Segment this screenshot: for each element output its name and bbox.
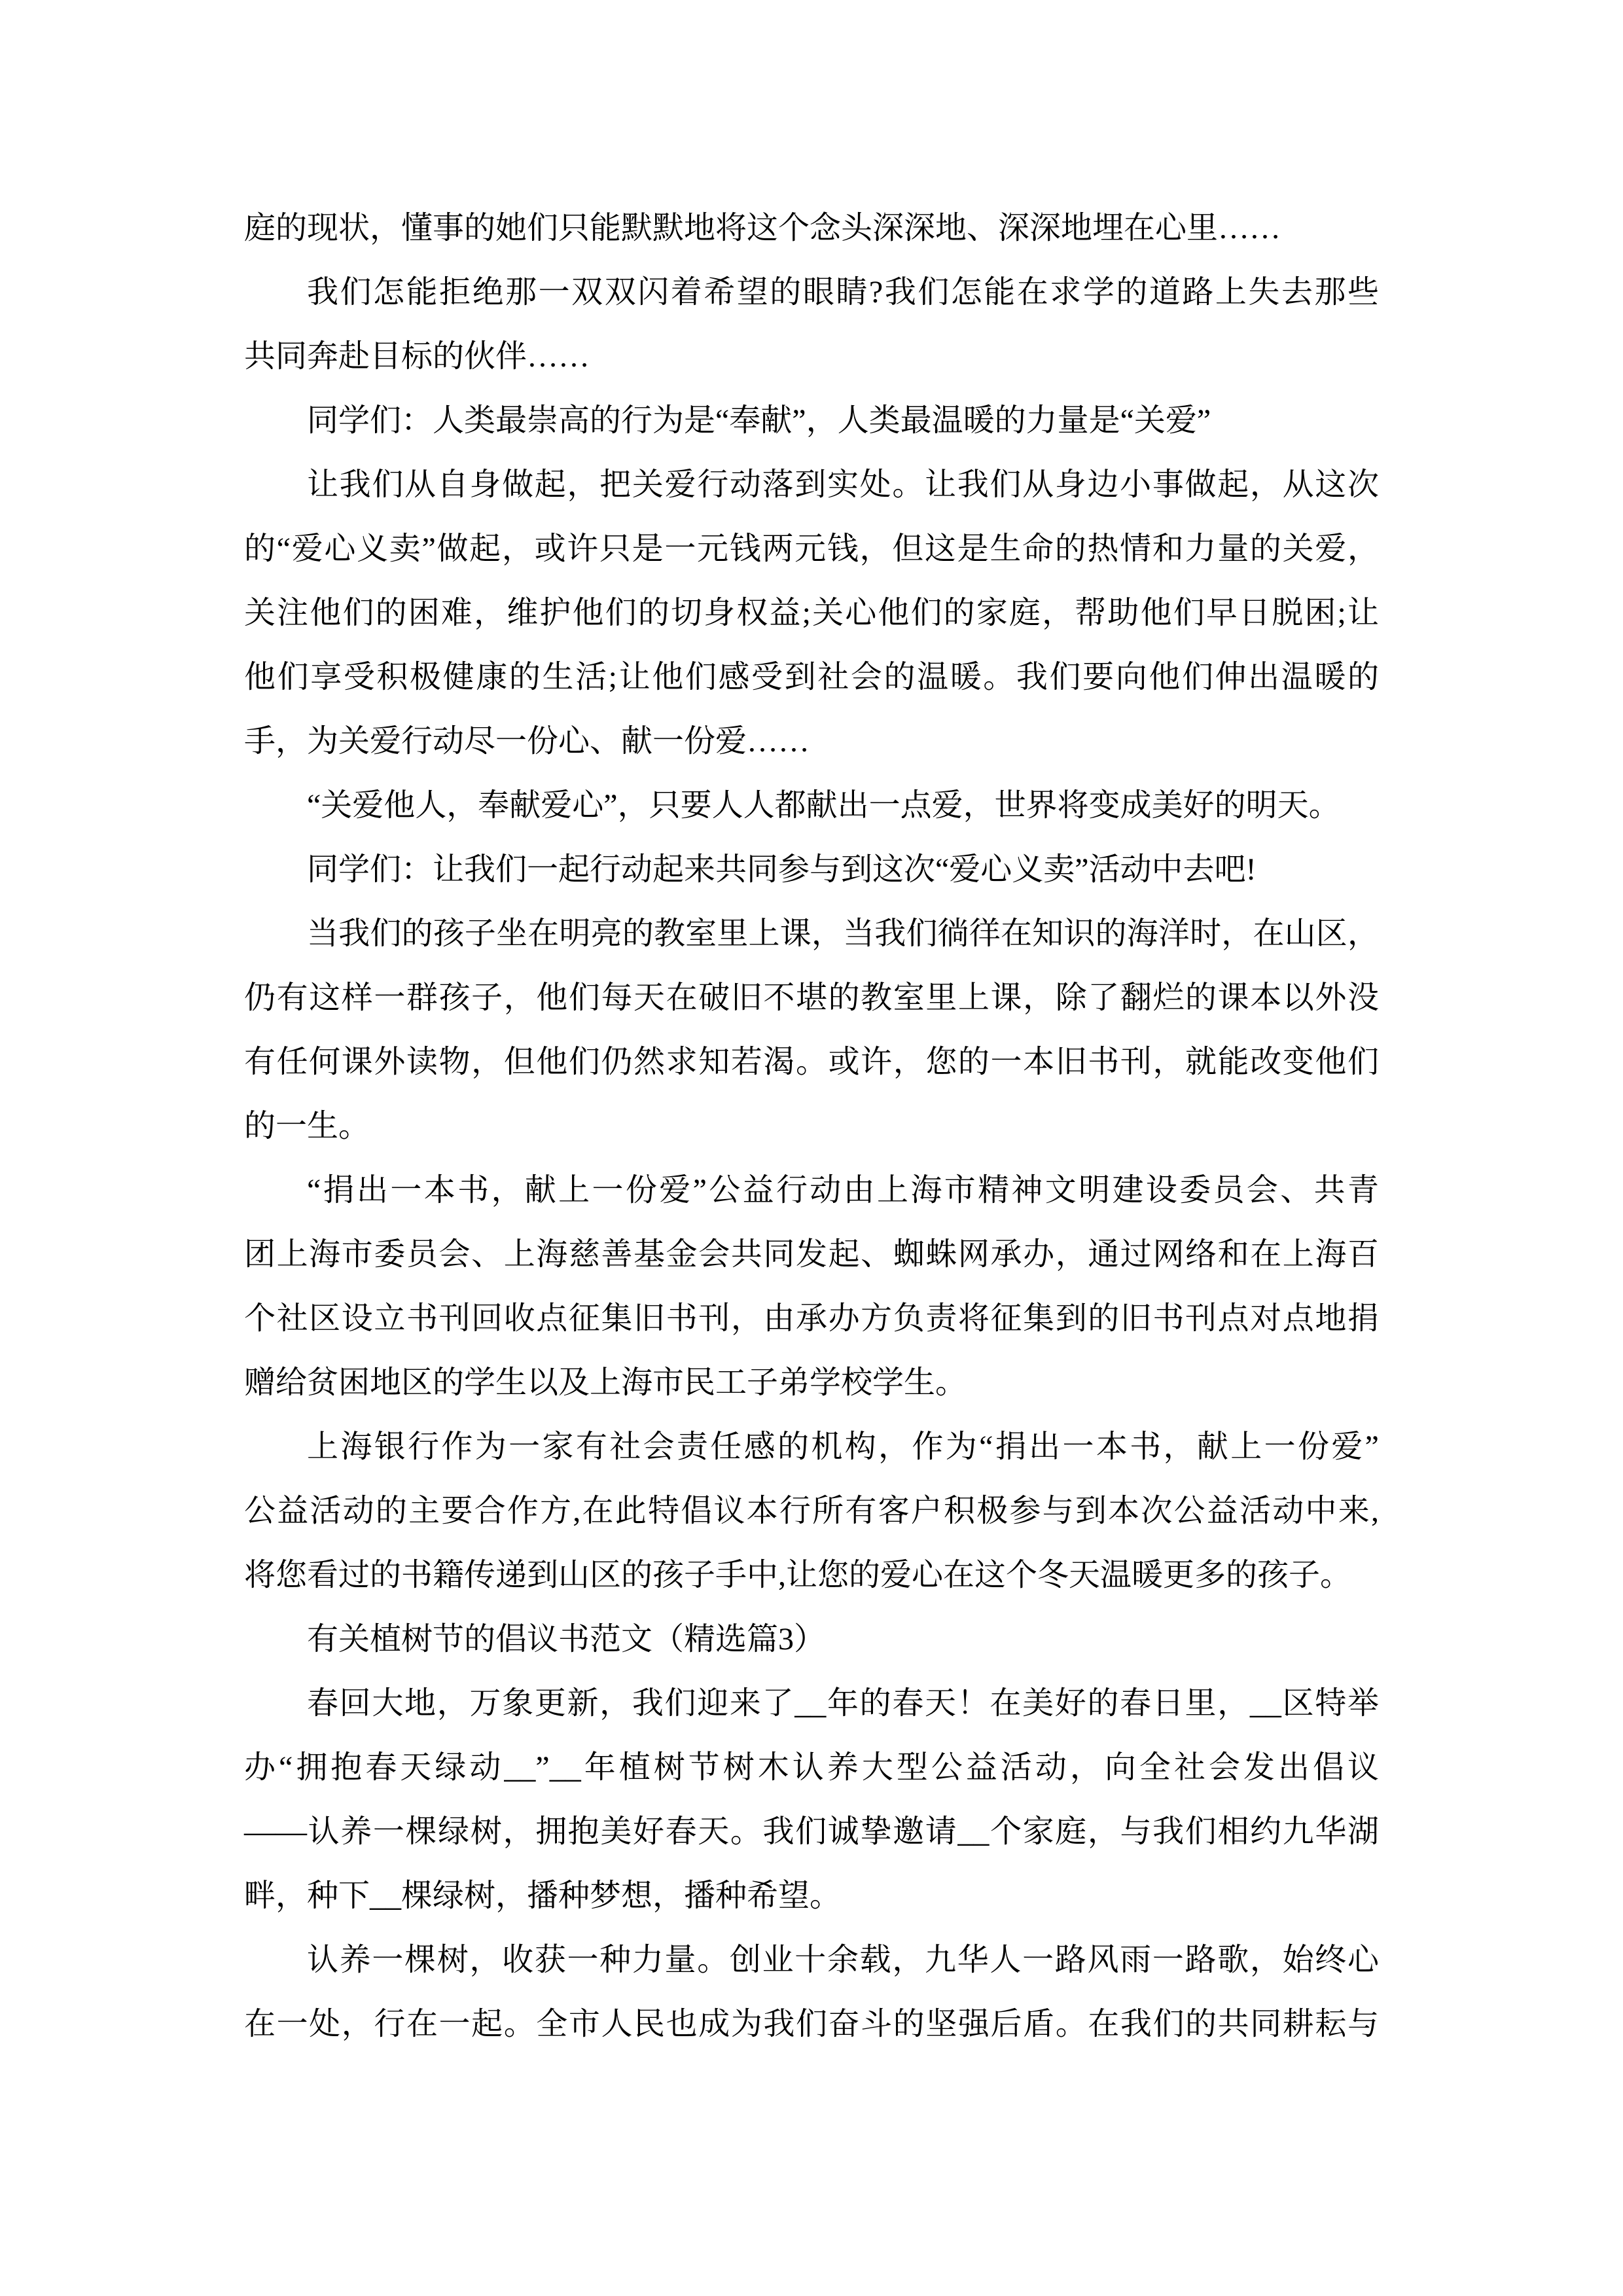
text-line: 的一生。 (244, 1094, 1379, 1158)
text-line: 上海银行作为一家有社会责任感的机构，作为“捐出一本书，献上一份爱” (244, 1415, 1379, 1479)
text-line: 让我们从自身做起，把关爱行动落到实处。让我们从身边小事做起，从这次 (244, 453, 1379, 517)
paragraph: 我们怎能拒绝那一双双闪着希望的眼睛?我们怎能在求学的道路上失去那些共同奔赴目标的… (244, 260, 1379, 389)
paragraph: 同学们：人类最崇高的行为是“奉献”，人类最温暖的力量是“关爱” (244, 389, 1379, 453)
text-line: 同学们：让我们一起行动起来共同参与到这次“爱心义卖”活动中去吧! (244, 838, 1379, 902)
paragraph: 当我们的孩子坐在明亮的教室里上课，当我们徜徉在知识的海洋时，在山区，仍有这样一群… (244, 902, 1379, 1158)
text-line: 办“拥抱春天绿动__”__年植树节树木认养大型公益活动，向全社会发出倡议 (244, 1736, 1379, 1800)
text-line: 赠给贫困地区的学生以及上海市民工子弟学校学生。 (244, 1351, 1379, 1415)
text-line: 畔，种下__棵绿树，播种梦想，播种希望。 (244, 1864, 1379, 1928)
text-line: 将您看过的书籍传递到山区的孩子手中,让您的爱心在这个冬天温暖更多的孩子。 (244, 1543, 1379, 1607)
paragraph: 有关植树节的倡议书范文（精选篇3） (244, 1607, 1379, 1672)
text-line: 公益活动的主要合作方,在此特倡议本行所有客户积极参与到本次公益活动中来, (244, 1479, 1379, 1543)
paragraph: 春回大地，万象更新，我们迎来了__年的春天！在美好的春日里，__区特举办“拥抱春… (244, 1672, 1379, 1928)
text-line: 共同奔赴目标的伙伴…… (244, 325, 1379, 389)
paragraph: 同学们：让我们一起行动起来共同参与到这次“爱心义卖”活动中去吧! (244, 838, 1379, 902)
text-line: 有任何课外读物，但他们仍然求知若渴。或许，您的一本旧书刊，就能改变他们 (244, 1030, 1379, 1094)
text-line: 他们享受积极健康的生活;让他们感受到社会的温暖。我们要向他们伸出温暖的 (244, 645, 1379, 709)
text-line: “捐出一本书，献上一份爱”公益行动由上海市精神文明建设委员会、共青 (244, 1158, 1379, 1223)
document-body: 庭的现状，懂事的她们只能默默地将这个念头深深地、深深地埋在心里……我们怎能拒绝那… (244, 196, 1379, 2056)
text-line: 在一处，行在一起。全市人民也成为我们奋斗的坚强后盾。在我们的共同耕耘与 (244, 1992, 1379, 2056)
paragraph: “关爱他人，奉献爱心”，只要人人都献出一点爱，世界将变成美好的明天。 (244, 774, 1379, 838)
paragraph: 上海银行作为一家有社会责任感的机构，作为“捐出一本书，献上一份爱”公益活动的主要… (244, 1415, 1379, 1607)
text-line: “关爱他人，奉献爱心”，只要人人都献出一点爱，世界将变成美好的明天。 (244, 774, 1379, 838)
text-line: ——认养一棵绿树，拥抱美好春天。我们诚挚邀请__个家庭，与我们相约九华湖 (244, 1800, 1379, 1864)
text-line: 仍有这样一群孩子，他们每天在破旧不堪的教室里上课，除了翻烂的课本以外没 (244, 966, 1379, 1030)
text-line: 同学们：人类最崇高的行为是“奉献”，人类最温暖的力量是“关爱” (244, 389, 1379, 453)
text-line: 的“爱心义卖”做起，或许只是一元钱两元钱，但这是生命的热情和力量的关爱， (244, 517, 1379, 581)
text-line: 手，为关爱行动尽一份心、献一份爱…… (244, 709, 1379, 774)
document-page: 庭的现状，懂事的她们只能默默地将这个念头深深地、深深地埋在心里……我们怎能拒绝那… (0, 0, 1623, 2296)
text-line: 关注他们的困难，维护他们的切身权益;关心他们的家庭，帮助他们早日脱困;让 (244, 581, 1379, 645)
text-line: 团上海市委员会、上海慈善基金会共同发起、蜘蛛网承办，通过网络和在上海百 (244, 1223, 1379, 1287)
text-line: 认养一棵树，收获一种力量。创业十余载，九华人一路风雨一路歌，始终心 (244, 1928, 1379, 1992)
paragraph: 让我们从自身做起，把关爱行动落到实处。让我们从身边小事做起，从这次的“爱心义卖”… (244, 453, 1379, 774)
text-line: 春回大地，万象更新，我们迎来了__年的春天！在美好的春日里，__区特举 (244, 1672, 1379, 1736)
text-line: 当我们的孩子坐在明亮的教室里上课，当我们徜徉在知识的海洋时，在山区， (244, 902, 1379, 966)
paragraph: “捐出一本书，献上一份爱”公益行动由上海市精神文明建设委员会、共青团上海市委员会… (244, 1158, 1379, 1415)
text-line: 庭的现状，懂事的她们只能默默地将这个念头深深地、深深地埋在心里…… (244, 196, 1379, 260)
text-line: 个社区设立书刊回收点征集旧书刊，由承办方负责将征集到的旧书刊点对点地捐 (244, 1287, 1379, 1351)
paragraph: 认养一棵树，收获一种力量。创业十余载，九华人一路风雨一路歌，始终心在一处，行在一… (244, 1928, 1379, 2056)
paragraph: 庭的现状，懂事的她们只能默默地将这个念头深深地、深深地埋在心里…… (244, 196, 1379, 260)
text-line: 有关植树节的倡议书范文（精选篇3） (244, 1607, 1379, 1672)
text-line: 我们怎能拒绝那一双双闪着希望的眼睛?我们怎能在求学的道路上失去那些 (244, 260, 1379, 325)
